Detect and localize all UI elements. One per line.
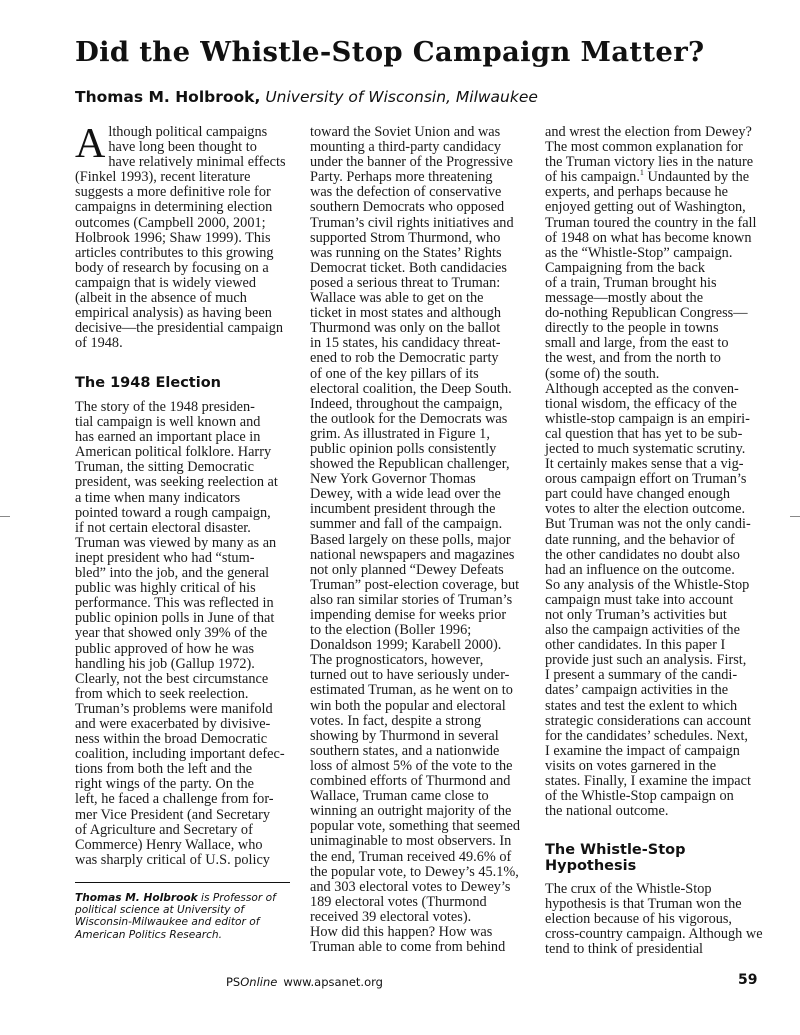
paragraph: Although accepted as the conven- tional … <box>545 382 773 820</box>
byline: Thomas M. Holbrook, University of Wiscon… <box>75 88 538 106</box>
author-affiliation: University of Wisconsin, Milwaukee <box>265 88 538 106</box>
intro-paragraph: A lthough political campaigns have long … <box>75 125 295 351</box>
column-3-final: The crux of the Whistle-Stop hypothesis … <box>545 882 773 957</box>
section-heading-1948-election: The 1948 Election <box>75 375 221 391</box>
journal-name-online: Online <box>240 975 277 989</box>
journal-page: Did the Whistle-Stop Campaign Matter? Th… <box>0 0 800 1035</box>
author-note-name: Thomas M. Holbrook <box>75 892 198 904</box>
column-2: toward the Soviet Union and was mounting… <box>310 125 532 955</box>
article-title: Did the Whistle-Stop Campaign Matter? <box>75 36 704 68</box>
paragraph: How did this happen? How was Truman able… <box>310 925 532 955</box>
footnote-divider <box>75 882 290 883</box>
paragraph: Truman’s problems were manifold and were… <box>75 702 295 868</box>
drop-cap: A <box>75 128 105 160</box>
paragraph: The crux of the Whistle-Stop hypothesis … <box>545 882 773 957</box>
journal-name-ps: PS <box>226 975 240 989</box>
paragraph: The story of the 1948 presiden- tial cam… <box>75 400 295 702</box>
column-3: and wrest the election from Dewey? The m… <box>545 125 773 819</box>
section-heading-whistle-stop-hypothesis: The Whistle-Stop Hypothesis <box>545 842 775 874</box>
paragraph: Campaigning from the back of a train, Tr… <box>545 261 773 382</box>
column-1: A lthough political campaigns have long … <box>75 125 295 351</box>
paragraph: toward the Soviet Union and was mounting… <box>310 125 532 397</box>
paragraph: and wrest the election from Dewey? The m… <box>545 125 773 261</box>
heading-text: The Whistle-Stop Hypothesis <box>545 842 685 874</box>
paragraph: The prognosticators, however, turned out… <box>310 653 532 925</box>
journal-footer: PSOnlinewww.apsanet.org <box>226 975 383 989</box>
author-name: Thomas M. Holbrook, <box>75 88 260 106</box>
intro-text: lthough political campaigns have long be… <box>75 125 295 351</box>
journal-url[interactable]: www.apsanet.org <box>283 975 383 989</box>
crop-mark-right <box>790 516 800 517</box>
column-1-body: The story of the 1948 presiden- tial cam… <box>75 400 295 868</box>
author-note: Thomas M. Holbrook is Professor of polit… <box>75 892 295 941</box>
page-number: 59 <box>738 972 757 988</box>
paragraph: Indeed, throughout the campaign, the out… <box>310 397 532 654</box>
crop-mark-left <box>0 516 10 517</box>
